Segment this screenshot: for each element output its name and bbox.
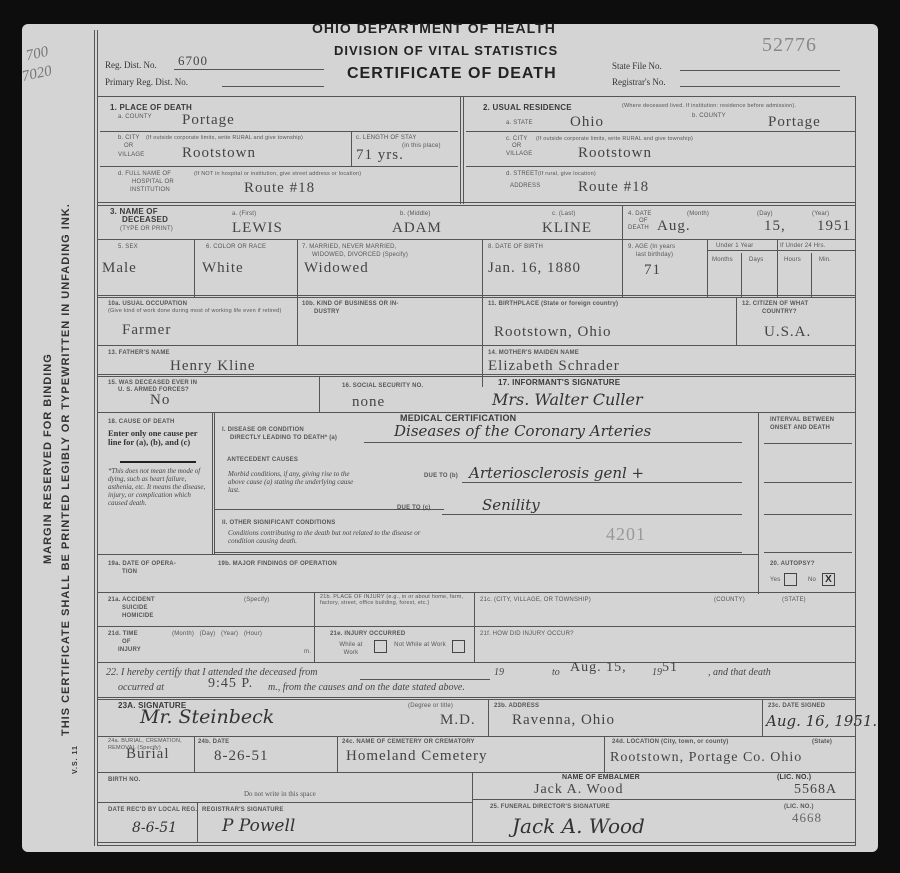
marital-status: Widowed — [304, 260, 369, 277]
cause-c: Senility — [482, 496, 540, 514]
not-while-at-work-checkbox[interactable] — [452, 640, 465, 653]
specify-label: (Specify) — [244, 596, 269, 604]
embalmer-name: Jack A. Wood — [534, 782, 624, 798]
m-label: m. — [304, 648, 311, 656]
length-of-stay: 71 yrs. — [356, 147, 404, 164]
margin-text-binding: MARGIN RESERVED FOR BINDING — [42, 353, 54, 564]
time-of-death: 9:45 P. — [208, 676, 253, 692]
operation-date-label-2: TION — [122, 568, 137, 576]
autopsy-label: 20. AUTOPSY? — [770, 560, 815, 568]
burial-date-label: 24b. DATE — [198, 738, 229, 746]
place-of-death-label: 1. PLACE OF DEATH — [110, 104, 192, 112]
injury-city-label: 21c. (CITY, VILLAGE, OR TOWNSHIP) — [480, 596, 591, 604]
disease-condition-label: I. DISEASE OR CONDITION — [222, 426, 304, 434]
res-city-note: (If outside corporate limits, write RURA… — [536, 135, 693, 143]
citizen-label: 12. CITIZEN OF WHAT — [742, 300, 808, 308]
operation-date-label: 19a. DATE OF OPERA- — [108, 560, 176, 568]
residence-note: (Where deceased lived. If institution: r… — [622, 102, 837, 110]
race-label: 6. COLOR OR RACE — [206, 243, 266, 251]
autopsy-yes-checkbox[interactable] — [784, 573, 797, 586]
time-of-injury-label: 21d. TIME — [108, 630, 138, 638]
hospital-label: d. FULL NAME OF — [118, 170, 171, 178]
header-department: OHIO DEPARTMENT OF HEALTH — [312, 20, 556, 36]
certify-causes-text: m., from the causes and on the date stat… — [268, 684, 465, 692]
burial-type: Burial — [126, 746, 170, 763]
hours-label: Hours — [784, 256, 801, 264]
hospital-note: (If NOT in hospital or institution, give… — [194, 170, 449, 178]
antecedent-causes-label: ANTECEDENT CAUSES — [227, 456, 298, 464]
code-stamp: 4201 — [606, 524, 646, 545]
burial-date: 8-26-51 — [214, 748, 269, 765]
marital-label-2: WIDOWED, DIVORCED (Specify) — [312, 251, 408, 259]
injury-county-label: (COUNTY) — [714, 596, 745, 604]
res-village-label: VILLAGE — [506, 150, 532, 158]
res-street-label: d. STREET — [506, 170, 538, 178]
injury-state-label: (STATE) — [782, 596, 806, 604]
cause-a: Diseases of the Coronary Arteries — [394, 422, 651, 440]
due-to-c-label: DUE TO (c) — [397, 504, 431, 512]
other-conditions-note: Conditions contributing to the death but… — [228, 529, 428, 545]
date-signed-label: 23c. DATE SIGNED — [768, 702, 825, 710]
days-label: Days — [749, 256, 763, 264]
marital-label: 7. MARRIED, NEVER MARRIED, — [302, 243, 397, 251]
homicide-label: HOMICIDE — [122, 612, 154, 620]
dod-month-label: (Month) — [687, 210, 709, 218]
certify-to: to — [552, 669, 560, 677]
informant-signature: Mrs. Walter Culler — [492, 390, 643, 409]
header-division: DIVISION OF VITAL STATISTICS — [334, 43, 558, 58]
certify-end-text: , and that death — [708, 669, 771, 677]
occurred-at-text: occurred at — [118, 684, 164, 692]
type-print-label: (TYPE OR PRINT) — [120, 225, 173, 233]
burial-location-label: 24d. LOCATION (City, town, or county) — [612, 738, 729, 746]
primary-reg-label: Primary Reg. Dist. No. — [105, 77, 188, 87]
reg-dist-label: Reg. Dist. No. — [105, 60, 157, 70]
embalmer-lic-label: (LIC. NO.) — [777, 774, 811, 782]
mother-label: 14. MOTHER'S MAIDEN NAME — [488, 349, 579, 357]
reg-dist-value: 6700 — [178, 53, 208, 69]
injury-label: INJURY — [118, 646, 141, 654]
state-file-stamp: 52776 — [762, 34, 817, 57]
county-label: a. COUNTY — [118, 113, 152, 121]
occupation-note: (Give kind of work done during most of w… — [108, 308, 293, 314]
not-while-at-work-label: Not While at Work — [392, 641, 448, 649]
cemetery-name: Homeland Cemetery — [346, 748, 488, 765]
death-county: Portage — [182, 112, 235, 129]
birthplace: Rootstown, Ohio — [494, 324, 612, 341]
citizen-label-2: COUNTRY? — [762, 308, 797, 316]
cemetery-label: 24c. NAME OF CEMETERY OR CREMATORY — [342, 738, 475, 746]
date-received-label: DATE REC'D BY LOCAL REG. — [108, 806, 197, 814]
age-label-2: last birthday) — [636, 251, 673, 259]
deceased-label: DECEASED — [122, 216, 168, 224]
under-1-year-label: Under 1 Year — [716, 242, 753, 250]
city-or-label: OR — [124, 142, 133, 150]
embalmer-lic: 5568A — [794, 782, 837, 798]
business-label: 10b. KIND OF BUSINESS OR IN- — [302, 300, 399, 308]
res-street-note: (If rural, give location) — [538, 170, 596, 178]
funeral-director-label: 25. FUNERAL DIRECTOR'S SIGNATURE — [490, 803, 610, 811]
medical-cert-title: MEDICAL CERTIFICATION — [400, 414, 516, 422]
cause-footnote: *This does not mean the mode of dying, s… — [108, 467, 208, 507]
citizenship: U.S.A. — [764, 324, 811, 341]
address-label: 23b. ADDRESS — [494, 702, 539, 710]
death-city: Rootstown — [182, 145, 256, 162]
physician-address: Ravenna, Ohio — [512, 712, 615, 729]
registrar-signature: P Powell — [222, 816, 295, 836]
institution-label: INSTITUTION — [130, 186, 170, 194]
place-of-injury-label: 21b. PLACE OF INJURY (e.g., in or about … — [320, 594, 470, 606]
degree: M.D. — [440, 712, 476, 729]
res-county-label: b. COUNTY — [692, 112, 726, 120]
cause-of-death-label: 18. CAUSE OF DEATH — [108, 418, 175, 426]
pencil-note-1: 700 — [24, 44, 50, 65]
other-conditions-label: II. OTHER SIGNIFICANT CONDITIONS — [222, 519, 335, 527]
dob-label: 8. DATE OF BIRTH — [488, 243, 543, 251]
time-of-label: OF — [122, 638, 131, 646]
race: White — [202, 260, 244, 277]
city-note: (If outside corporate limits, write RURA… — [146, 134, 303, 142]
city-label: b. CITY — [118, 134, 140, 142]
business-label-2: DUSTRY — [314, 308, 340, 316]
first-name: LEWIS — [232, 220, 283, 237]
hospital-or-label: HOSPITAL OR — [132, 178, 174, 186]
autopsy-no-checkbox[interactable]: X — [822, 573, 835, 586]
dod-day-label: (Day) — [757, 210, 773, 218]
autopsy-yes-label: Yes — [770, 576, 780, 584]
age: 71 — [644, 262, 661, 279]
while-at-work-label: While at Work — [332, 641, 370, 657]
margin-text-instruction: THIS CERTIFICATE SHALL BE PRINTED LEGIBL… — [60, 203, 72, 736]
form-code: V.S. 11 — [72, 745, 79, 774]
while-at-work-checkbox[interactable] — [374, 640, 387, 653]
res-city: Rootstown — [578, 145, 652, 162]
burial-state-label: (State) — [812, 738, 832, 746]
occupation-label: 10a. USUAL OCCUPATION — [108, 300, 187, 308]
death-certificate: 700 7020 MARGIN RESERVED FOR BINDING THI… — [22, 24, 878, 852]
ssn-label: 16. SOCIAL SECURITY NO. — [342, 382, 423, 390]
birthplace-label: 11. BIRTHPLACE (State or foreign country… — [488, 300, 618, 308]
degree-label: (Degree or title) — [408, 702, 453, 710]
months-label: Months — [712, 256, 733, 264]
header-certificate-title: CERTIFICATE OF DEATH — [347, 65, 557, 83]
armed-forces: No — [150, 392, 170, 409]
attended-to-year: 51 — [662, 660, 678, 676]
under-24-hrs-label: If Under 24 Hrs. — [780, 242, 826, 250]
cause-instruction: Enter only one cause per line for (a), (… — [108, 429, 208, 447]
death-hospital: Route #18 — [244, 180, 315, 197]
certify-19: 19 — [494, 669, 504, 677]
date-of-birth: Jan. 16, 1880 — [488, 260, 581, 277]
how-injury-label: 21f. HOW DID INJURY OCCUR? — [480, 630, 574, 638]
autopsy-no-label: No — [808, 576, 816, 584]
res-street: Route #18 — [578, 179, 649, 196]
accident-label: 21a. ACCIDENT — [108, 596, 155, 604]
attended-to-date: Aug. 15, — [570, 660, 627, 676]
dod-death-label: DEATH — [628, 224, 649, 232]
operation-findings-label: 19b. MAJOR FINDINGS OF OPERATION — [218, 560, 337, 568]
pencil-note-2: 7020 — [21, 63, 54, 86]
usual-residence-label: 2. USUAL RESIDENCE — [483, 104, 572, 112]
village-label: VILLAGE — [118, 151, 144, 159]
last-name-label: c. (Last) — [552, 210, 575, 218]
res-county: Portage — [768, 114, 821, 131]
informant-label: 17. INFORMANT'S SIGNATURE — [498, 379, 620, 387]
ssn: none — [352, 394, 385, 411]
min-label: Min. — [819, 256, 831, 264]
injury-occurred-label: 21e. INJURY OCCURRED — [330, 630, 405, 638]
dod-year: 1951 — [817, 218, 851, 235]
registrar-no-label: Registrar's No. — [612, 77, 666, 87]
father-name: Henry Kline — [170, 358, 256, 375]
state-file-label: State File No. — [612, 61, 662, 71]
embalmer-label: NAME OF EMBALMER — [562, 774, 640, 782]
funeral-director-signature: Jack A. Wood — [512, 814, 645, 838]
dod-day: 15, — [764, 218, 786, 235]
do-not-write-note: Do not write in this space — [244, 790, 316, 798]
father-label: 13. FATHER'S NAME — [108, 349, 170, 357]
date-received: 8-6-51 — [132, 820, 177, 836]
cause-b: Arteriosclerosis genl + — [469, 464, 644, 482]
physician-signature: Mr. Steinbeck — [140, 706, 274, 728]
birth-no-label: BIRTH NO. — [108, 776, 140, 784]
suicide-label: SUICIDE — [122, 604, 148, 612]
res-address-label: ADDRESS — [510, 182, 540, 190]
res-state-label: a. STATE — [506, 119, 533, 127]
date-signed: Aug. 16, 1951. — [766, 712, 877, 730]
middle-name-label: b. (Middle) — [400, 210, 431, 218]
occupation: Farmer — [122, 322, 171, 339]
directly-leading-label: DIRECTLY LEADING TO DEATH* (a) — [230, 434, 337, 442]
antecedent-note: Morbid conditions, if any, giving rise t… — [228, 470, 358, 494]
due-to-b-label: DUE TO (b) — [424, 472, 458, 480]
interval-label-2: ONSET AND DEATH — [770, 424, 830, 432]
middle-name: ADAM — [392, 220, 442, 237]
burial-location: Rootstown, Portage Co. Ohio — [610, 750, 802, 766]
sex: Male — [102, 260, 137, 277]
length-of-stay-label: c. LENGTH OF STAY — [356, 134, 417, 142]
dod-year-label: (Year) — [812, 210, 829, 218]
dod-month: Aug. — [657, 218, 691, 235]
funeral-lic: 4668 — [792, 810, 822, 826]
last-name: KLINE — [542, 220, 592, 237]
registrar-signature-label: REGISTRAR'S SIGNATURE — [202, 806, 284, 814]
certify-year-prefix: 19 — [652, 669, 662, 677]
mother-maiden-name: Elizabeth Schrader — [488, 358, 620, 375]
interval-label: INTERVAL BETWEEN — [770, 416, 834, 424]
res-or-label: OR — [512, 142, 521, 150]
stay-note: (in this place) — [402, 142, 441, 150]
age-label: 9. AGE (In years — [628, 243, 675, 251]
res-state: Ohio — [570, 114, 604, 131]
time-columns: (Month) (Day) (Year) (Hour) — [172, 630, 262, 638]
sex-label: 5. SEX — [118, 243, 138, 251]
first-name-label: a. (First) — [232, 210, 256, 218]
